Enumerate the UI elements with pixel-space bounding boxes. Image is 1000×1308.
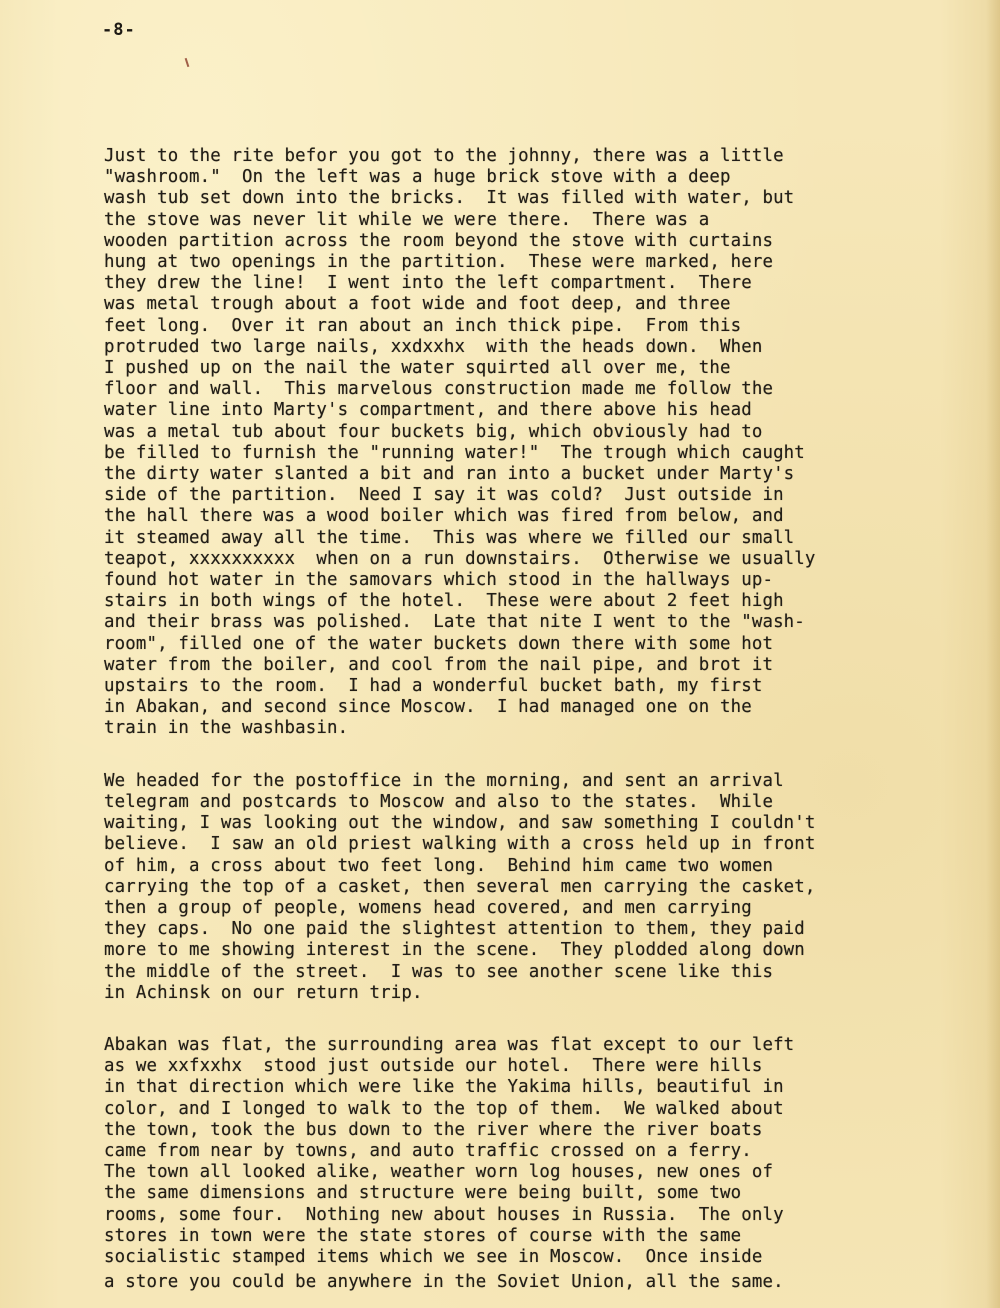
- paragraph-washroom: Just to the rite befor you got to the jo…: [104, 146, 984, 740]
- paper-edge-shadow: [986, 0, 1000, 1308]
- text-line: stores in town were the state stores of …: [104, 1226, 984, 1247]
- paragraph-postoffice: We headed for the postoffice in the morn…: [104, 771, 984, 1004]
- text-line: was metal trough about a foot wide and f…: [104, 294, 984, 315]
- text-line: wash tub set down into the bricks. It wa…: [104, 188, 984, 209]
- text-line: then a group of people, womens head cove…: [104, 898, 984, 919]
- text-line: Just to the rite befor you got to the jo…: [104, 146, 984, 167]
- text-line: they caps. No one paid the slightest att…: [104, 919, 984, 940]
- text-line: in Abakan, and second since Moscow. I ha…: [104, 697, 984, 718]
- text-line: floor and wall. This marvelous construct…: [104, 379, 984, 400]
- text-line: waiting, I was looking out the window, a…: [104, 813, 984, 834]
- text-line: hung at two openings in the partition. T…: [104, 252, 984, 273]
- text-line: room", filled one of the water buckets d…: [104, 634, 984, 655]
- text-line: in that direction which were like the Ya…: [104, 1077, 984, 1098]
- text-line: and their brass was polished. Late that …: [104, 612, 984, 633]
- text-line: the middle of the street. I was to see a…: [104, 962, 984, 983]
- text-line: was a metal tub about four buckets big, …: [104, 422, 984, 443]
- page-number: -8-: [102, 20, 136, 40]
- text-line: feet long. Over it ran about an inch thi…: [104, 316, 984, 337]
- typewritten-page: -8- Just to the rite befor you got to th…: [0, 0, 1000, 1308]
- text-line: telegram and postcards to Moscow and als…: [104, 792, 984, 813]
- text-line: the same dimensions and structure were b…: [104, 1183, 984, 1204]
- text-line: the town, took the bus down to the river…: [104, 1120, 984, 1141]
- text-line: We headed for the postoffice in the morn…: [104, 771, 984, 792]
- stray-ink-mark: [185, 58, 190, 67]
- text-line: rooms, some four. Nothing new about hous…: [104, 1205, 984, 1226]
- text-line: wooden partition across the room beyond …: [104, 231, 984, 252]
- text-line: socialistic stamped items which we see i…: [104, 1247, 984, 1268]
- text-line: carrying the top of a casket, then sever…: [104, 877, 984, 898]
- text-line: they drew the line! I went into the left…: [104, 273, 984, 294]
- text-line: upstairs to the room. I had a wonderful …: [104, 676, 984, 697]
- text-line: believe. I saw an old priest walking wit…: [104, 834, 984, 855]
- paragraph-abakan: Abakan was flat, the surrounding area wa…: [104, 1035, 984, 1293]
- text-line: side of the partition. Need I say it was…: [104, 485, 984, 506]
- text-line: I pushed up on the nail the water squirt…: [104, 358, 984, 379]
- text-line: as we xxfxxhx stood just outside our hot…: [104, 1056, 984, 1077]
- text-line: the hall there was a wood boiler which w…: [104, 506, 984, 527]
- text-line: protruded two large nails, xxdxxhx with …: [104, 337, 984, 358]
- text-line: teapot, xxxxxxxxxx when on a run downsta…: [104, 549, 984, 570]
- document-body: Just to the rite befor you got to the jo…: [104, 146, 984, 1293]
- text-line: in Achinsk on our return trip.: [104, 983, 984, 1004]
- text-line: a store you could be anywhere in the Sov…: [104, 1272, 984, 1293]
- text-line: found hot water in the samovars which st…: [104, 570, 984, 591]
- text-line: "washroom." On the left was a huge brick…: [104, 167, 984, 188]
- text-line: stairs in both wings of the hotel. These…: [104, 591, 984, 612]
- text-line: the stove was never lit while we were th…: [104, 210, 984, 231]
- text-line: more to me showing interest in the scene…: [104, 940, 984, 961]
- text-line: The town all looked alike, weather worn …: [104, 1162, 984, 1183]
- text-line: color, and I longed to walk to the top o…: [104, 1099, 984, 1120]
- text-line: be filled to furnish the "running water!…: [104, 443, 984, 464]
- text-line: water line into Marty's compartment, and…: [104, 400, 984, 421]
- text-line: the dirty water slanted a bit and ran in…: [104, 464, 984, 485]
- text-line: train in the washbasin.: [104, 718, 984, 739]
- text-line: Abakan was flat, the surrounding area wa…: [104, 1035, 984, 1056]
- text-line: it steamed away all the time. This was w…: [104, 528, 984, 549]
- text-line: came from near by towns, and auto traffi…: [104, 1141, 984, 1162]
- text-line: water from the boiler, and cool from the…: [104, 655, 984, 676]
- text-line: of him, a cross about two feet long. Beh…: [104, 856, 984, 877]
